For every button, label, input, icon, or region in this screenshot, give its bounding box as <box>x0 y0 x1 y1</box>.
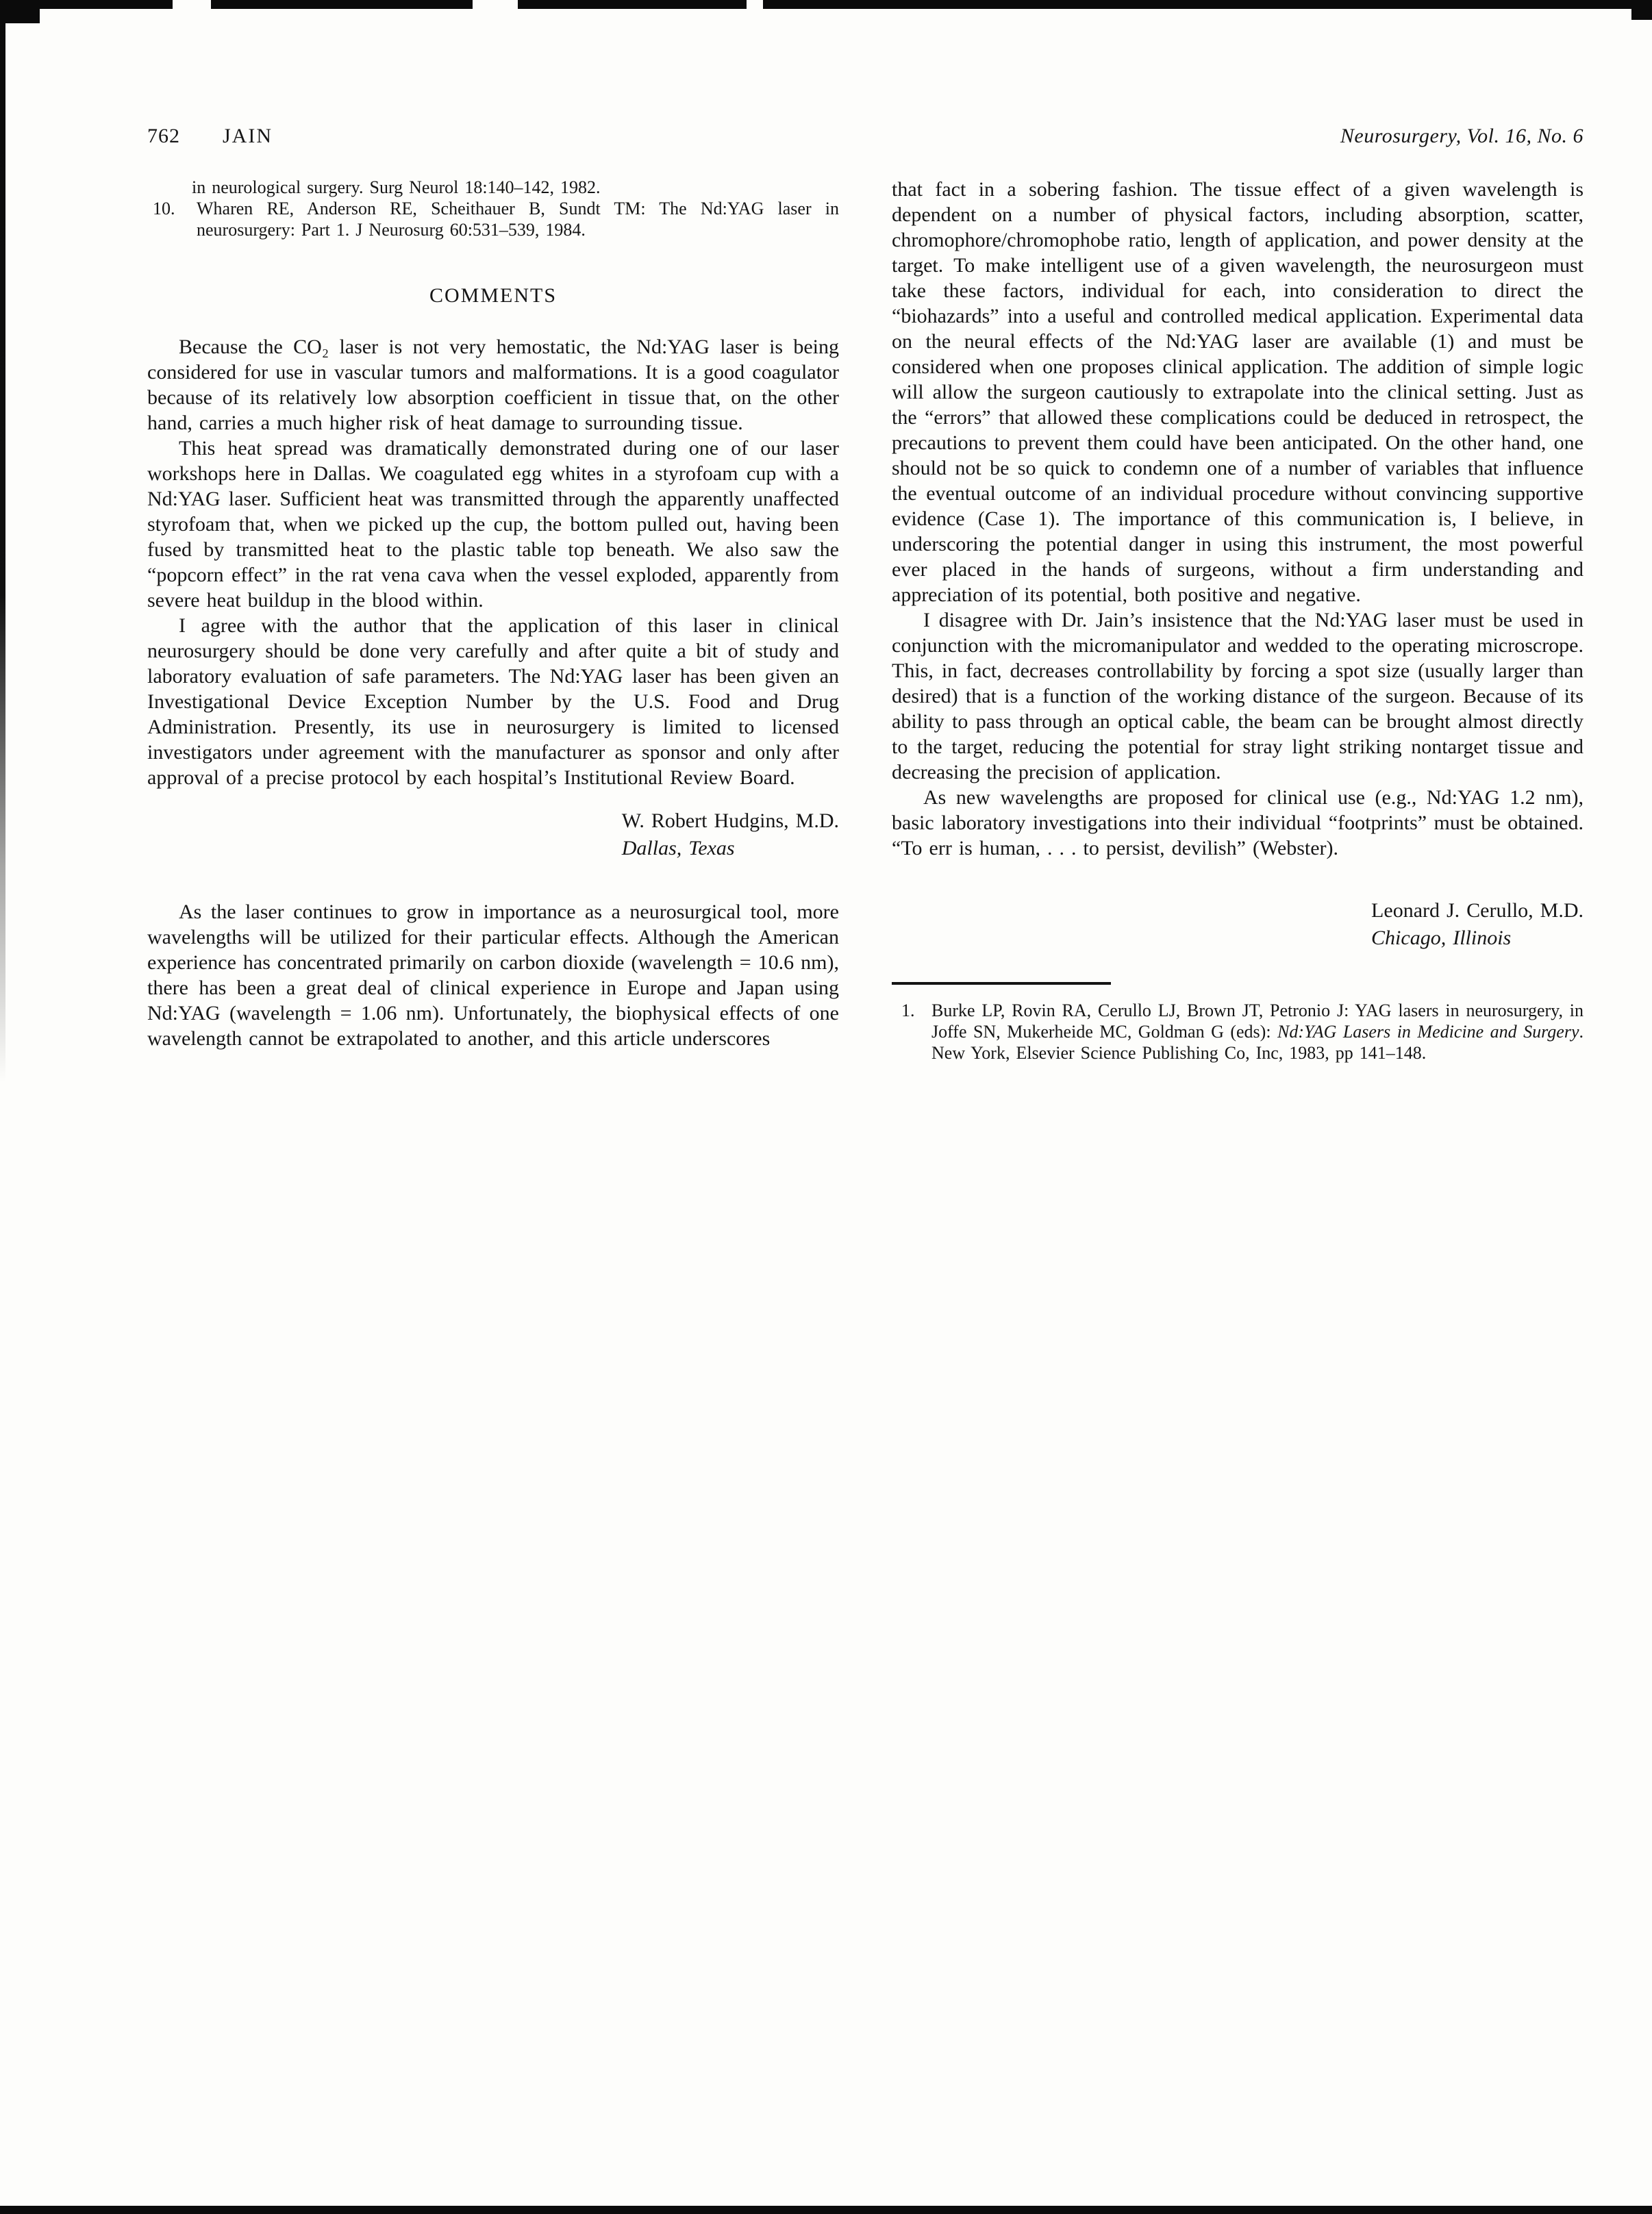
scan-edge-gap <box>173 0 211 9</box>
journal-page-scan: 762JAIN Neurosurgery, Vol. 16, No. 6 in … <box>0 0 1652 2214</box>
paragraph: As new wavelengths are proposed for clin… <box>892 785 1584 861</box>
scan-edge-bottom <box>0 2206 1652 2214</box>
signature-location: Chicago, Illinois <box>1371 925 1584 951</box>
running-head-left: 762JAIN <box>147 125 273 148</box>
right-column: that fact in a sobering fashion. The tis… <box>892 177 1584 1064</box>
reference-item-10: 10. Wharen RE, Anderson RE, Scheithauer … <box>147 198 839 240</box>
signature-location: Dallas, Texas <box>622 835 839 861</box>
footnote-rule <box>892 982 1111 985</box>
paragraph: I agree with the author that the applica… <box>147 613 839 790</box>
reference-text: Burke LP, Rovin RA, Cerullo LJ, Brown JT… <box>931 1000 1584 1064</box>
signature-name: Leonard J. Cerullo, M.D. <box>1371 898 1584 923</box>
paragraph: As the laser continues to grow in import… <box>147 899 839 1051</box>
reference-book-title: Nd:YAG Lasers in Medicine and Surgery <box>1277 1022 1579 1042</box>
scan-edge-hook <box>1631 9 1652 20</box>
scan-edge-top <box>0 0 1652 9</box>
signature-hudgins: W. Robert Hudgins, M.D. Dallas, Texas <box>147 808 839 861</box>
reference-text: Wharen RE, Anderson RE, Scheithauer B, S… <box>197 199 839 240</box>
paragraph: This heat spread was dramatically demons… <box>147 436 839 613</box>
signature-name: W. Robert Hudgins, M.D. <box>622 808 839 833</box>
scan-edge-gap <box>747 0 763 9</box>
running-author: JAIN <box>223 125 273 147</box>
scan-edge-corner <box>0 0 40 23</box>
reference-number: 1. <box>901 1000 915 1021</box>
paragraph: Because the CO₂ laser is not very hemost… <box>147 334 839 436</box>
reference-number: 10. <box>153 198 175 219</box>
footnote-reference-1: 1. Burke LP, Rovin RA, Cerullo LJ, Brown… <box>892 1000 1584 1064</box>
signature-cerullo: Leonard J. Cerullo, M.D. Chicago, Illino… <box>892 898 1584 951</box>
scan-edge-left <box>0 0 5 1082</box>
scan-edge-gap <box>473 0 518 9</box>
page-number: 762 <box>147 125 180 147</box>
paragraph: that fact in a sobering fashion. The tis… <box>892 177 1584 607</box>
reference-carryover: in neurological surgery. Surg Neurol 18:… <box>147 177 839 198</box>
running-head: 762JAIN Neurosurgery, Vol. 16, No. 6 <box>147 125 1584 148</box>
paragraph: I disagree with Dr. Jain’s insistence th… <box>892 607 1584 785</box>
section-heading-comments: COMMENTS <box>147 283 839 308</box>
journal-reference: Neurosurgery, Vol. 16, No. 6 <box>1340 125 1584 148</box>
left-column: in neurological surgery. Surg Neurol 18:… <box>147 177 839 1051</box>
